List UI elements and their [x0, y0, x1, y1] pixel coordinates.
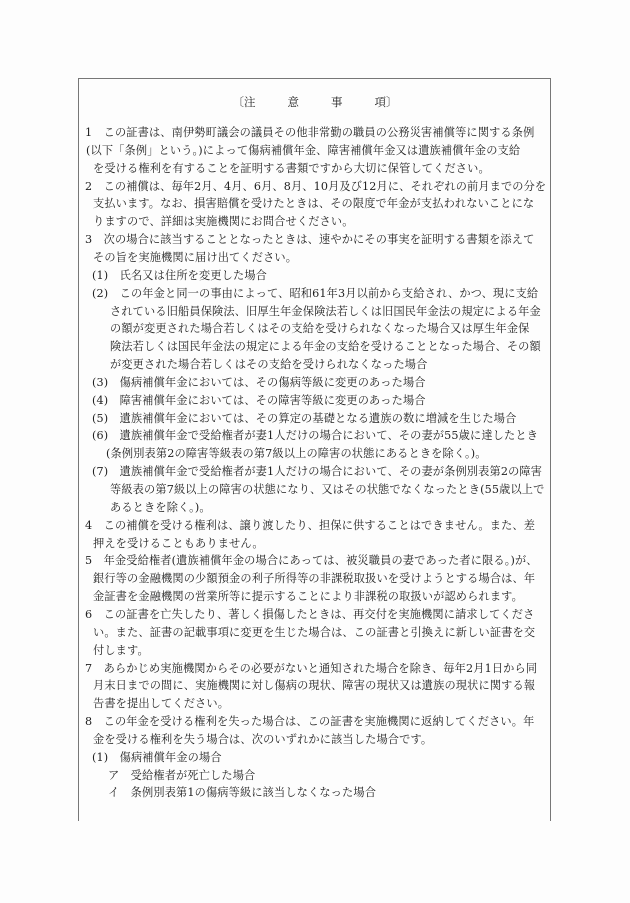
title-char: 事 [331, 94, 343, 110]
title-char: 〔注 [233, 94, 256, 110]
text-line: 6 この証書を亡失したり、著しく損傷したときは、再交付を実施機関に請求してくださ [85, 608, 534, 622]
text-line: (6) 遺族補償年金で受給権者が妻1人だけの場合において、その妻が55歳に達した… [92, 429, 538, 443]
text-line: 4 この補償を受ける権利は、譲り渡したり、担保に供することはできません。また、差 [85, 519, 535, 533]
text-line: (4) 障害補償年金においては、その障害等級に変更のあった場合 [92, 394, 426, 408]
text-line: 銀行等の金融機関の少額預金の利子所得等の非課税取扱いを受けようとする場合は、年 [93, 572, 535, 586]
text-line: 告書を提出してください。 [93, 697, 229, 711]
text-line: (7) 遺族補償年金で受給権者が妻1人だけの場合において、その妻が条例別表第2の… [92, 465, 542, 479]
text-line: が変更された場合若しくはその支給を受けられなくなった場合 [110, 358, 427, 372]
text-line: 金証書を金融機関の営業所等に提示することにより非課税の取扱いが認められます。 [93, 590, 523, 604]
text-line: (5) 遺族補償年金においては、その算定の基礎となる遺族の数に増減を生じた場合 [92, 412, 516, 426]
text-line: 付します。 [93, 644, 149, 658]
text-line: 金を受ける権利を失う場合は、次のいずれかに該当した場合です。 [93, 733, 432, 747]
text-line: を受ける権利を有することを証明する書類ですから大切に保管してください。 [93, 162, 490, 176]
text-line: (以下「条例」という。)によって傷病補償年金、障害補償年金又は遺族補償年金の支給 [86, 144, 520, 158]
text-line: い。また、証書の記載事項に変更を生じた場合は、この証書と引換えに新しい証書を交 [93, 626, 535, 640]
text-line: りますので、詳細は実施機関にお問合せください。 [93, 215, 354, 229]
text-line: 8 この年金を受ける権利を失った場合は、この証書を実施機関に返納してください。年 [85, 715, 534, 729]
text-line: 等級表の第7級以上の障害の状態になり、又はその状態でなくなったとき(55歳以上で [110, 483, 544, 497]
text-line: 押えを受けることもありません。 [93, 537, 264, 551]
text-line: 7 あらかじめ実施機関からその必要がないと通知された場合を除き、毎年2月1日から… [85, 662, 537, 676]
text-line: (1) 氏名又は住所を変更した場合 [92, 269, 267, 283]
text-line: (3) 傷病補償年金においては、その傷病等級に変更のあった場合 [92, 376, 426, 390]
text-line: 3 次の場合に該当することとなったときは、速やかにその事実を証明する書類を添えて [85, 233, 534, 247]
text-line: ア 受給権者が死亡した場合 [108, 769, 255, 783]
text-line: されている旧船員保険法、旧厚生年金保険法若しくは旧国民年金法の規定による年金 [110, 305, 541, 319]
text-line: 1 この証書は、南伊勢町議会の議員その他非常勤の職員の公務災害補償等に関する条例 [85, 126, 534, 140]
text-line: (1) 傷病補償年金の場合 [92, 751, 222, 765]
title-char: 項〕 [375, 94, 398, 110]
title-char: 意 [288, 94, 300, 110]
text-line: イ 条例別表第1の傷病等級に該当しなくなった場合 [108, 786, 376, 800]
text-line: その旨を実施機関に届け出てください。 [93, 251, 297, 265]
text-line: 2 この補償は、毎年2月、4月、6月、8月、10月及び12月に、それぞれの前月ま… [85, 180, 546, 194]
text-line: 険法若しくは国民年金法の規定による年金の支給を受けることとなった場合、その額 [110, 340, 541, 354]
text-line: の額が変更された場合若しくはその支給を受けられなくなった場合又は厚生年金保 [110, 322, 530, 336]
text-line: (2) この年金と同一の事由によって、昭和61年3月以前から支給され、かつ、現に… [92, 287, 538, 301]
section-title: 〔注意事項〕 [78, 94, 552, 110]
text-line: 支払います。なお、損害賠償を受けたときは、その限度で年金が支払われないことにな [93, 197, 534, 211]
text-line: 5 年金受給権者(遺族補償年金の場合にあっては、被災職員の妻であった者に限る。)… [85, 554, 538, 568]
text-line: あるときを除く。)。 [110, 501, 211, 515]
text-line: (条例別表第2の障害等級表の第7級以上の障害の状態にあるときを除く。)。 [106, 447, 487, 461]
text-line: 月末日までの間に、実施機関に対し傷病の現状、障害の現状又は遺族の現状に関する報 [93, 679, 535, 693]
